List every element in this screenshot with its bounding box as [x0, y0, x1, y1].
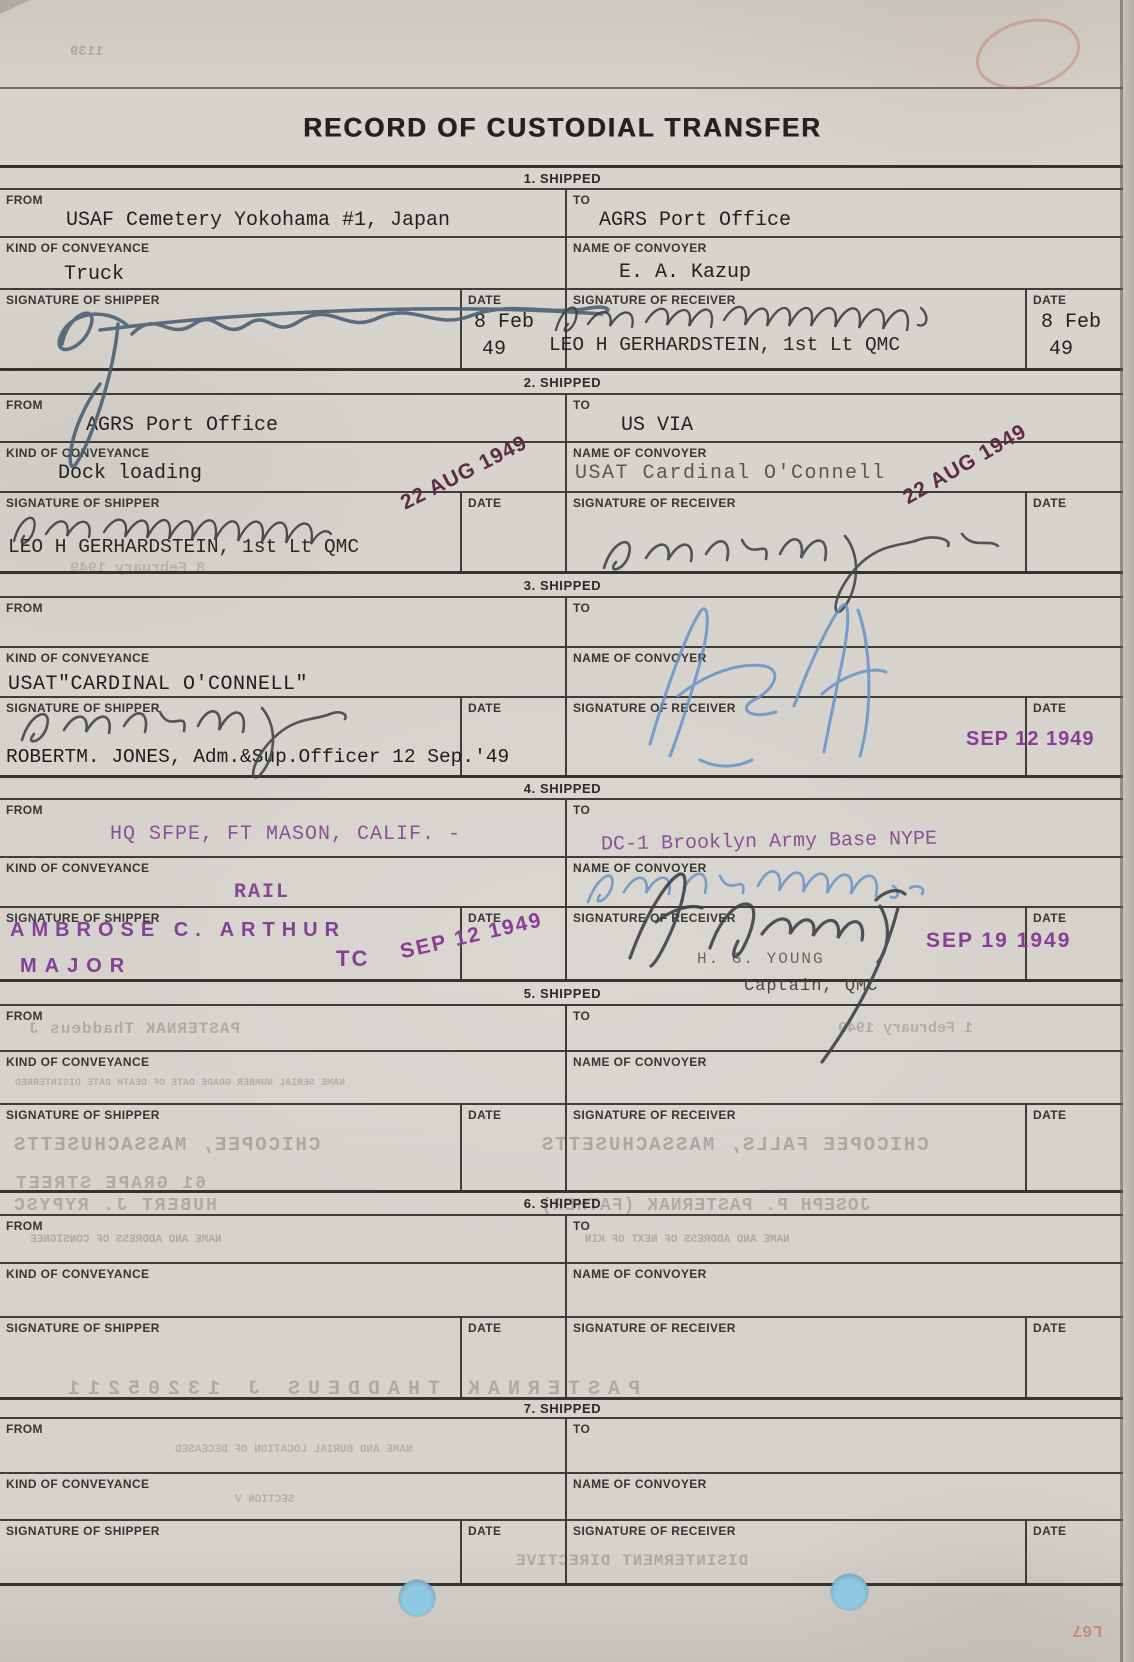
section-2-heading: 2. SHIPPED	[0, 368, 1125, 395]
paper-edge-strip	[1123, 0, 1134, 1662]
to-label: TO	[573, 398, 1119, 412]
conveyance-value: USAT"CARDINAL O'CONNELL"	[8, 673, 559, 696]
s6-receiver-signature-cell: SIGNATURE OF RECEIVER	[567, 1318, 1027, 1397]
hole-punch-left	[399, 1580, 435, 1616]
section-heading-text: 2. SHIPPED	[524, 375, 602, 390]
s4-from-cell: FROM HQ SFPE, FT MASON, CALIF. -	[0, 800, 567, 856]
section-5-heading: 5. SHIPPED	[0, 979, 1125, 1006]
section-1-heading: 1. SHIPPED	[0, 165, 1125, 190]
receiver-date-value: 8 Feb	[1033, 307, 1119, 334]
s4-receiver-date-stamp: SEP 19 1949	[926, 929, 1071, 953]
s1-to-cell: TO AGRS Port Office	[567, 190, 1125, 236]
receiver-signature-label: SIGNATURE OF RECEIVER	[573, 293, 1019, 307]
shipper-signature-label: SIGNATURE OF SHIPPER	[6, 1321, 454, 1335]
s3-receiver-signature-cell: SIGNATURE OF RECEIVER	[567, 698, 1027, 775]
date-label: DATE	[1033, 911, 1119, 925]
hole-punch-right	[831, 1574, 868, 1610]
from-label: FROM	[6, 1422, 559, 1436]
s2-to-cell: TO US VIA	[567, 395, 1125, 441]
convoyer-label: NAME OF CONVOYER	[573, 241, 1119, 255]
s7-receiver-date-cell: DATE	[1027, 1521, 1125, 1583]
conveyance-value: RAIL	[234, 881, 559, 904]
section-4-heading: 4. SHIPPED	[0, 775, 1125, 800]
date-label: DATE	[468, 1524, 559, 1538]
s7-shipper-signature-cell: SIGNATURE OF SHIPPER	[0, 1521, 462, 1583]
s6-convoyer-cell: NAME OF CONVOYER	[567, 1264, 1125, 1316]
conveyance-value: Truck	[64, 263, 559, 286]
s1-from-cell: FROM USAF Cemetery Yokohama #1, Japan	[0, 190, 567, 236]
date-label: DATE	[468, 496, 559, 510]
date-label: DATE	[1033, 293, 1119, 307]
receiver-signature-label: SIGNATURE OF RECEIVER	[573, 1524, 1019, 1538]
section-6-heading: 6. SHIPPED	[0, 1190, 1125, 1216]
s3-convoyer-cell: NAME OF CONVOYER	[567, 648, 1125, 696]
s2-from-cell: FROM AGRS Port Office	[0, 395, 567, 441]
shipper-signature-label: SIGNATURE OF SHIPPER	[6, 1108, 454, 1122]
s6-receiver-date-cell: DATE	[1027, 1318, 1125, 1397]
convoyer-label: NAME OF CONVOYER	[573, 651, 1119, 665]
custodial-transfer-form: 1. SHIPPED FROM USAF Cemetery Yokohama #…	[0, 165, 1127, 1586]
receiver-date-value-2: 49	[1033, 334, 1119, 361]
s5-receiver-date-cell: DATE	[1027, 1105, 1125, 1190]
s5-conveyance-cell: KIND OF CONVEYANCE	[0, 1052, 567, 1103]
s4-shipper-rank-stamp: MAJOR	[20, 955, 132, 978]
convoyer-label: NAME OF CONVOYER	[573, 861, 1119, 875]
to-label: TO	[573, 601, 1119, 615]
to-label: TO	[573, 803, 1119, 817]
s2-receiver-date-cell: DATE	[1027, 493, 1125, 571]
date-label: DATE	[468, 701, 559, 715]
to-label: TO	[573, 1009, 1119, 1023]
conveyance-label: KIND OF CONVEYANCE	[6, 861, 559, 875]
s4-receiver-typed-rank: Captain, QMC	[744, 977, 878, 996]
from-value: AGRS Port Office	[86, 414, 559, 437]
from-label: FROM	[6, 803, 559, 817]
s7-shipper-date-cell: DATE	[462, 1521, 567, 1583]
to-value: DC-1 Brooklyn Army Base NYPE	[601, 824, 1119, 856]
s4-conveyance-cell: KIND OF CONVEYANCE RAIL	[0, 858, 567, 906]
s1-receiver-date-cell: DATE 8 Feb 49	[1027, 290, 1125, 368]
date-label: DATE	[1033, 496, 1119, 510]
conveyance-label: KIND OF CONVEYANCE	[6, 1055, 559, 1069]
s6-shipper-date-cell: DATE	[462, 1318, 567, 1397]
s4-convoyer-cell: NAME OF CONVOYER	[567, 858, 1125, 906]
s7-conveyance-cell: KIND OF CONVEYANCE	[0, 1474, 567, 1519]
s6-to-cell: TO	[567, 1216, 1125, 1262]
section-heading-text: 7. SHIPPED	[524, 1401, 602, 1416]
document-title: RECORD OF CUSTODIAL TRANSFER	[0, 111, 1125, 143]
convoyer-label: NAME OF CONVOYER	[573, 1477, 1119, 1491]
to-label: TO	[573, 1422, 1119, 1436]
from-value: USAF Cemetery Yokohama #1, Japan	[66, 209, 559, 232]
s7-from-cell: FROM	[0, 1419, 567, 1472]
section-3: 3. SHIPPED FROM TO KIND OF CONVEYANCE US…	[0, 571, 1125, 775]
convoyer-label: NAME OF CONVOYER	[573, 446, 1119, 460]
s5-shipper-date-cell: DATE	[462, 1105, 567, 1190]
from-label: FROM	[6, 601, 559, 615]
bleedthrough-text: 1139	[70, 44, 104, 60]
section-3-heading: 3. SHIPPED	[0, 571, 1125, 598]
section-heading-text: 1. SHIPPED	[524, 171, 602, 186]
s7-convoyer-cell: NAME OF CONVOYER	[567, 1474, 1125, 1519]
s4-shipper-name-stamp: AMBROSE C. ARTHUR	[10, 919, 346, 942]
section-6: 6. SHIPPED FROM TO KIND OF CONVEYANCE NA…	[0, 1190, 1125, 1397]
s1-convoyer-cell: NAME OF CONVOYER E. A. Kazup	[567, 238, 1125, 288]
s7-receiver-signature-cell: SIGNATURE OF RECEIVER	[567, 1521, 1027, 1583]
convoyer-value: USAT Cardinal O'Connell	[575, 462, 1119, 485]
date-label: DATE	[1033, 1108, 1119, 1122]
receiver-signature-label: SIGNATURE OF RECEIVER	[573, 1321, 1019, 1335]
s2-shipper-signature-cell: SIGNATURE OF SHIPPER	[0, 493, 462, 571]
s6-conveyance-cell: KIND OF CONVEYANCE	[0, 1264, 567, 1316]
s2-receiver-signature-cell: SIGNATURE OF RECEIVER	[567, 493, 1027, 571]
s3-conveyance-cell: KIND OF CONVEYANCE USAT"CARDINAL O'CONNE…	[0, 648, 567, 696]
s2-convoyer-cell: NAME OF CONVOYER USAT Cardinal O'Connell	[567, 443, 1125, 491]
date-label: DATE	[1033, 701, 1119, 715]
convoyer-label: NAME OF CONVOYER	[573, 1055, 1119, 1069]
section-heading-text: 5. SHIPPED	[524, 986, 602, 1001]
section-5: 5. SHIPPED FROM TO KIND OF CONVEYANCE NA…	[0, 979, 1125, 1190]
conveyance-label: KIND OF CONVEYANCE	[6, 1267, 559, 1281]
shipper-signature-label: SIGNATURE OF SHIPPER	[6, 496, 454, 510]
conveyance-label: KIND OF CONVEYANCE	[6, 1477, 559, 1491]
s3-to-cell: TO	[567, 598, 1125, 646]
section-7: 7. SHIPPED FROM TO KIND OF CONVEYANCE NA…	[0, 1397, 1125, 1583]
date-label: DATE	[468, 1321, 559, 1335]
from-label: FROM	[6, 398, 559, 412]
s3-receiver-date-stamp: SEP 12 1949	[966, 728, 1095, 751]
conveyance-label: KIND OF CONVEYANCE	[6, 651, 559, 665]
section-heading-text: 3. SHIPPED	[524, 578, 602, 593]
s5-shipper-signature-cell: SIGNATURE OF SHIPPER	[0, 1105, 462, 1190]
convoyer-value: E. A. Kazup	[619, 261, 1119, 284]
s5-from-cell: FROM	[0, 1006, 567, 1050]
from-label: FROM	[6, 193, 559, 207]
s4-to-cell: TO DC-1 Brooklyn Army Base NYPE	[567, 800, 1125, 856]
scanned-document-page: RECORD OF CUSTODIAL TRANSFER 1. SHIPPED …	[0, 0, 1134, 1662]
s1-shipper-date-cell: DATE 8 Feb 49	[462, 290, 567, 368]
from-label: FROM	[6, 1009, 559, 1023]
s6-shipper-signature-cell: SIGNATURE OF SHIPPER	[0, 1318, 462, 1397]
date-label: DATE	[468, 293, 559, 307]
shipper-signature-label: SIGNATURE OF SHIPPER	[6, 293, 454, 307]
shipper-signature-label: SIGNATURE OF SHIPPER	[6, 1524, 454, 1538]
s1-conveyance-cell: KIND OF CONVEYANCE Truck	[0, 238, 567, 288]
date-label: DATE	[1033, 1321, 1119, 1335]
s5-convoyer-cell: NAME OF CONVOYER	[567, 1052, 1125, 1103]
from-value: HQ SFPE, FT MASON, CALIF. -	[110, 823, 559, 846]
receiver-signature-label: SIGNATURE OF RECEIVER	[573, 1108, 1019, 1122]
shipper-date-value-2: 49	[468, 334, 559, 361]
conveyance-label: KIND OF CONVEYANCE	[6, 241, 559, 255]
s5-receiver-signature-cell: SIGNATURE OF RECEIVER	[567, 1105, 1027, 1190]
from-label: FROM	[6, 1219, 559, 1233]
section-7-heading: 7. SHIPPED	[0, 1397, 1125, 1419]
receiver-signature-label: SIGNATURE OF RECEIVER	[573, 701, 1019, 715]
date-label: DATE	[1033, 1524, 1119, 1538]
section-heading-text: 4. SHIPPED	[524, 781, 602, 796]
convoyer-label: NAME OF CONVOYER	[573, 1267, 1119, 1281]
section-heading-text: 6. SHIPPED	[524, 1196, 602, 1211]
to-label: TO	[573, 193, 1119, 207]
to-label: TO	[573, 1219, 1119, 1233]
bleedthrough-text: L67	[1072, 1620, 1103, 1639]
s2-shipper-date-cell: DATE	[462, 493, 567, 571]
shipper-date-value: 8 Feb	[468, 307, 559, 334]
s4-receiver-typed-name: H. G. YOUNG	[697, 950, 825, 968]
s1-receiver-signature-cell: SIGNATURE OF RECEIVER	[567, 290, 1027, 368]
s4-shipper-branch-stamp: TC	[336, 946, 369, 972]
s3-shipper-typed-name: ROBERTM. JONES, Adm.&Sup.Officer 12 Sep.…	[6, 746, 509, 768]
s1-shipper-signature-cell: SIGNATURE OF SHIPPER	[0, 290, 462, 368]
date-label: DATE	[468, 1108, 559, 1122]
s7-to-cell: TO	[567, 1419, 1125, 1472]
to-value: AGRS Port Office	[599, 209, 1119, 232]
s2-shipper-typed-name: LEO H GERHARDSTEIN, 1st Lt QMC	[8, 536, 359, 558]
paper-corner-shadow	[0, 0, 30, 14]
to-value: US VIA	[621, 414, 1119, 437]
shipper-signature-label: SIGNATURE OF SHIPPER	[6, 701, 454, 715]
s3-from-cell: FROM	[0, 598, 567, 646]
s6-from-cell: FROM	[0, 1216, 567, 1262]
receiver-signature-label: SIGNATURE OF RECEIVER	[573, 911, 1019, 925]
s1-receiver-typed-name: LEO H GERHARDSTEIN, 1st Lt QMC	[549, 334, 900, 356]
page-top-rule	[0, 87, 1134, 89]
receiver-signature-label: SIGNATURE OF RECEIVER	[573, 496, 1019, 510]
s5-to-cell: TO	[567, 1006, 1125, 1050]
